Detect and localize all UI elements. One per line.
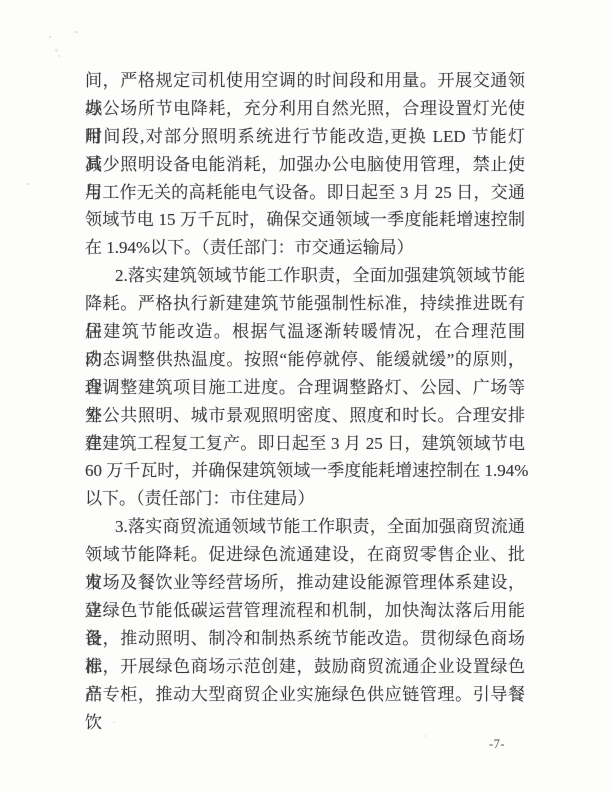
text-line: 动态调整供热温度。按照“能停就停、能缓就缓”的原则，合: [85, 346, 525, 374]
scan-speckle: [424, 735, 426, 737]
text-line: 与工作无关的高耗能电气设备。即日起至 3 月 25 日，交通: [85, 179, 525, 207]
scan-speckle: [75, 31, 78, 33]
text-line: 2.落实建筑领域节能工作职责，全面加强建筑领域节能: [85, 262, 525, 290]
text-line: 市场及餐饮业等经营场所，推动建设能源管理体系建设，建: [85, 569, 525, 597]
text-line: 领域节能降耗。促进绿色流通建设，在商贸零售企业、批发: [85, 541, 525, 569]
document-page: 间，严格规定司机使用空调的时间段和用量。开展交通领域办公场所节电降耗，充分利用自…: [0, 0, 612, 792]
scan-speckle: [54, 48, 58, 52]
text-line: 以下。（责任部门：市住建局）: [85, 485, 525, 513]
text-line: 办公场所节电降耗，充分利用自然光照，合理设置灯光使用: [85, 95, 525, 123]
text-line: 立绿色节能低碳运营管理流程和机制，加快淘汰落后用能设: [85, 597, 525, 625]
text-line: 住建筑节能改造。根据气温逐渐转暖情况，在合理范围内，: [85, 318, 525, 346]
text-line: 建建筑工程复工复产。即日起至 3 月 25 日，建筑领域节电: [85, 430, 525, 458]
text-line: 领域节电 15 万千瓦时，确保交通领域一季度能耗增速控制: [85, 206, 525, 234]
text-line: 备，推动照明、制冷和制热系统节能改造。贯彻绿色商场标: [85, 625, 525, 653]
text-line: 外公共照明、城市景观照明密度、照度和时长。合理安排在: [85, 402, 525, 430]
scan-speckle: [113, 721, 115, 723]
text-line: 理调整建筑项目施工进度。合理调整路灯、公园、广场等室: [85, 374, 525, 402]
text-line: 减少照明设备电能消耗，加强办公电脑使用管理，禁止使用: [85, 151, 525, 179]
text-line: 60 万千瓦时，并确保建筑领域一季度能耗增速控制在 1.94%: [85, 457, 525, 485]
text-line: 时间段,对部分照明系统进行节能改造,更换 LED 节能灯具，: [85, 123, 525, 151]
page-number: -7-: [477, 737, 517, 752]
text-line: 降耗。严格执行新建建筑节能强制性标准，持续推进既有居: [85, 290, 525, 318]
scan-speckle: [27, 183, 30, 185]
text-line: 准，开展绿色商场示范创建，鼓励商贸流通企业设置绿色产: [85, 653, 525, 681]
scan-speckle: [58, 55, 60, 57]
text-line: 在 1.94%以下。（责任部门：市交通运输局）: [85, 234, 525, 262]
text-line: 品专柜，推动大型商贸企业实施绿色供应链管理。引导餐饮: [85, 681, 525, 709]
text-block: 间，严格规定司机使用空调的时间段和用量。开展交通领域办公场所节电降耗，充分利用自…: [85, 67, 525, 708]
text-line: 间，严格规定司机使用空调的时间段和用量。开展交通领域: [85, 67, 525, 95]
text-line: 3.落实商贸流通领域节能工作职责，全面加强商贸流通: [85, 513, 525, 541]
scan-speckle: [49, 36, 51, 38]
